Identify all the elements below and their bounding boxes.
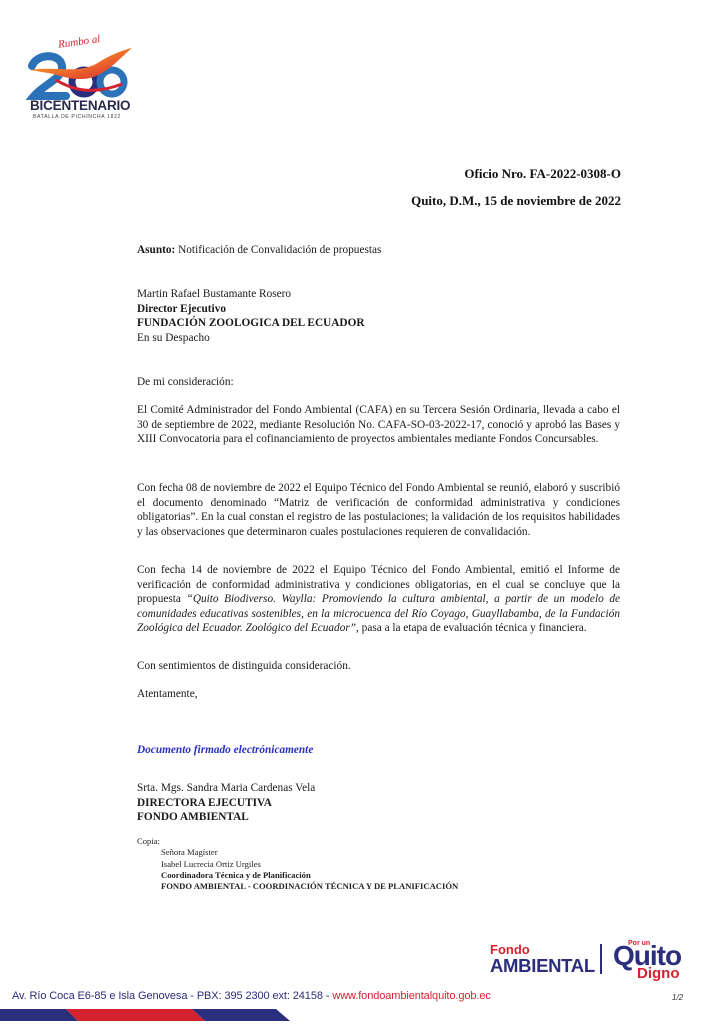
subject-label: Asunto: xyxy=(137,244,175,256)
greeting: De mi consideración: xyxy=(137,375,234,390)
copy-position: Coordinadora Técnica y de Planificación xyxy=(137,870,458,881)
recipient-organization: FUNDACIÓN ZOOLOGICA DEL ECUADOR xyxy=(137,316,365,331)
recipient-location: En su Despacho xyxy=(137,331,365,346)
copy-unit: FONDO AMBIENTAL - COORDINACIÓN TÉCNICA Y… xyxy=(137,881,458,892)
recipient-name: Martin Rafael Bustamante Rosero xyxy=(137,287,365,302)
fondo-ambiental-quito-logo: Fondo AMBIENTAL Quito Por un Digno xyxy=(490,938,710,986)
copy-name: Isabel Lucrecia Ortiz Urgiles xyxy=(137,859,458,870)
paragraph-1: El Comité Administrador del Fondo Ambien… xyxy=(137,403,620,447)
signer-block: Srta. Mgs. Sandra Maria Cardenas Vela DI… xyxy=(137,781,315,825)
page-number: 1/2 xyxy=(672,993,683,1002)
paragraph-2: Con fecha 08 de noviembre de 2022 el Equ… xyxy=(137,481,620,539)
logo-subtitle: BATALLA DE PICHINCHA 1822 xyxy=(33,114,121,120)
oficio-number: Oficio Nro. FA-2022-0308-O xyxy=(464,166,621,182)
logo-title: BICENTENARIO xyxy=(30,98,130,113)
footer-color-stripe xyxy=(0,1009,292,1021)
brand-digno: Digno xyxy=(637,965,680,982)
recipient-block: Martin Rafael Bustamante Rosero Director… xyxy=(137,287,365,345)
brand-separator xyxy=(600,944,602,974)
paragraph-3: Con fecha 14 de noviembre de 2022 el Equ… xyxy=(137,563,620,636)
recipient-position: Director Ejecutivo xyxy=(137,302,365,317)
address-text: Av. Río Coca E6-85 e Isla Genovesa - PBX… xyxy=(12,990,332,1002)
copy-title: Señora Magíster xyxy=(137,847,458,858)
footer-address: Av. Río Coca E6-85 e Isla Genovesa - PBX… xyxy=(12,990,491,1002)
copy-block: Copia: Señora Magíster Isabel Lucrecia O… xyxy=(137,836,458,892)
farewell: Atentamente, xyxy=(137,687,198,702)
subject-line: Asunto: Notificación de Convalidación de… xyxy=(137,243,381,258)
signer-name: Srta. Mgs. Sandra Maria Cardenas Vela xyxy=(137,781,315,796)
electronic-signature-note: Documento firmado electrónicamente xyxy=(137,743,313,758)
website-link[interactable]: www.fondoambientalquito.gob.ec xyxy=(332,990,490,1002)
bicentenario-logo: Rumbo al BICENTENARIO BATALLA DE PICHINC… xyxy=(22,36,140,122)
paragraph-3-end: , pasa a la etapa de evaluación técnica … xyxy=(356,622,587,634)
copy-label: Copia: xyxy=(137,836,458,847)
brand-por-un: Por un xyxy=(628,940,650,947)
place-date: Quito, D.M., 15 de noviembre de 2022 xyxy=(411,193,621,209)
subject-text: Notificación de Convalidación de propues… xyxy=(178,244,381,256)
signer-organization: FONDO AMBIENTAL xyxy=(137,810,315,825)
brand-ambiental: AMBIENTAL xyxy=(490,955,595,977)
hummingbird-200-icon xyxy=(26,44,136,102)
closing: Con sentimientos de distinguida consider… xyxy=(137,659,351,674)
signer-position: DIRECTORA EJECUTIVA xyxy=(137,796,315,811)
